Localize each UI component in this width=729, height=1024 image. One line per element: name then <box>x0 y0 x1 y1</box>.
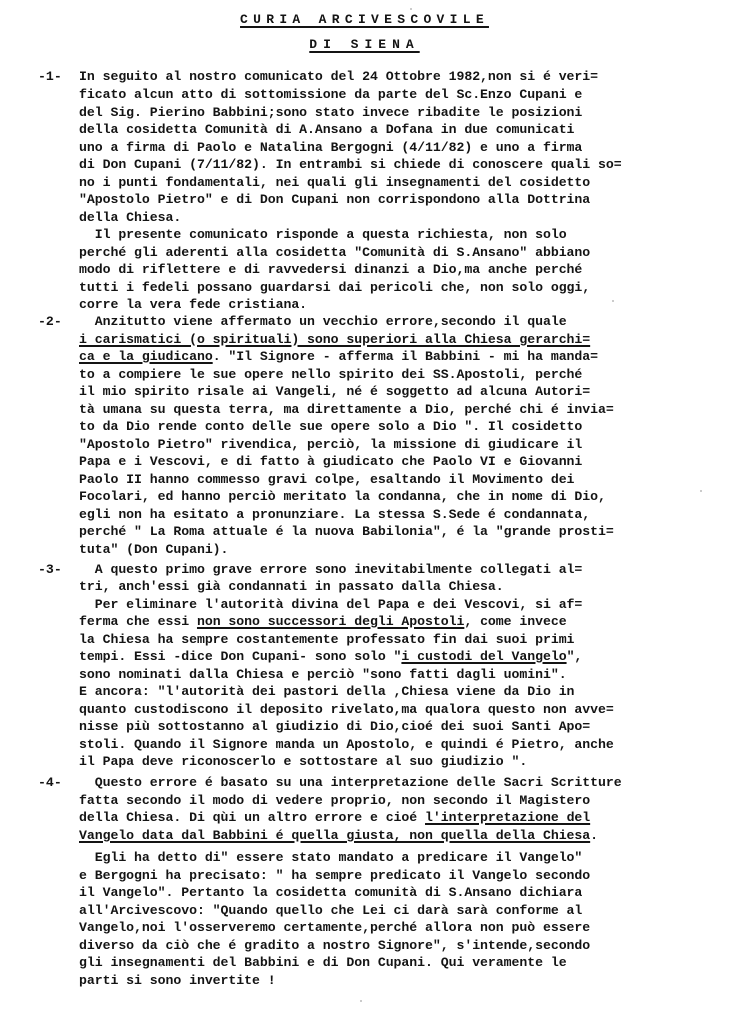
text-line: perché gli aderenti alla cosidetta "Comu… <box>79 244 590 261</box>
text-line: il Papa deve riconoscerlo e sottostare a… <box>79 753 527 770</box>
text-line: In seguito al nostro comunicato del 24 O… <box>79 68 598 85</box>
document-page: CURIA ARCIVESCOVILE DI SIENA -1- In segu… <box>0 0 729 1024</box>
underlined-phrase: i custodi del Vangelo <box>401 649 566 664</box>
text-line: E ancora: "l'autorità dei pastori della … <box>79 683 574 700</box>
text-line: del Sig. Pierino Babbini;sono stato inve… <box>79 104 582 121</box>
text-line: "Apostolo Pietro" rivendica, perciò, la … <box>79 436 582 453</box>
scan-speck <box>410 8 412 10</box>
text-line: uno a firma di Paolo e Natalina Bergogni… <box>79 139 582 156</box>
text-line: fatta secondo il modo di vedere proprio,… <box>79 792 590 809</box>
text-line: Questo errore é basato su una interpreta… <box>79 774 622 791</box>
scan-speck <box>160 965 162 967</box>
text-line: all'Arcivescovo: "Quando quello che Lei … <box>79 902 582 919</box>
section-number-3: -3- <box>38 561 62 578</box>
text-rest: . "Il Signore - afferma il Babbini - mi … <box>213 349 598 364</box>
text-line: di Don Cupani (7/11/82). In entrambi si … <box>79 156 622 173</box>
text-line: Vangelo data dal Babbini é quella giusta… <box>79 827 598 844</box>
underlined-phrase: Vangelo data dal Babbini é quella giusta… <box>79 828 590 843</box>
text-line: tuta" (Don Cupani). <box>79 541 228 558</box>
text-line: tempi. Essi -dice Don Cupani- sono solo … <box>79 648 582 665</box>
text-part: tempi. Essi -dice Don Cupani- sono solo … <box>79 649 401 664</box>
header-title-curia: CURIA ARCIVESCOVILE <box>0 12 729 27</box>
underlined-phrase: non sono successori degli Apostoli <box>197 614 464 629</box>
section-number-1: -1- <box>38 68 62 85</box>
text-line: nisse più sottostanno al giudizio di Dio… <box>79 718 590 735</box>
text-part: . <box>590 828 598 843</box>
text-line: egli non ha esitato a pronunziare. La st… <box>79 506 590 523</box>
text-line: corre la vera fede cristiana. <box>79 296 307 313</box>
text-line: diverso da ciò che é gradito a nostro Si… <box>79 937 590 954</box>
text-line: perché " La Roma attuale é la nuova Babi… <box>79 523 614 540</box>
text-line: della cosidetta Comunità di A.Ansano a D… <box>79 121 574 138</box>
text-line: ficato alcun atto di sottomissione da pa… <box>79 86 582 103</box>
text-line: stoli. Quando il Signore manda un Aposto… <box>79 736 614 753</box>
text-line: Papa e i Vescovi, e di fatto à giudicato… <box>79 453 582 470</box>
text-line: modo di riflettere e di ravvedersi dinan… <box>79 261 582 278</box>
text-line: Focolari, ed hanno perciò meritato la co… <box>79 488 606 505</box>
underlined-phrase: l'interpretazione del <box>425 810 590 825</box>
text-line: tà umana su questa terra, ma direttament… <box>79 401 614 418</box>
text-line: il mio spirito risale ai Vangeli, né é s… <box>79 383 590 400</box>
text-line: e Bergogni ha precisato: " ha sempre pre… <box>79 867 590 884</box>
text-line: tri, anch'essi già condannati in passato… <box>79 578 504 595</box>
text-line: to a compiere le sue opere nello spirito… <box>79 366 582 383</box>
text-line: Il presente comunicato risponde a questa… <box>79 226 567 243</box>
text-line: la Chiesa ha sempre costantemente profes… <box>79 631 574 648</box>
text-part: , come invece <box>464 614 566 629</box>
text-line: ca e la giudicano. "Il Signore - afferma… <box>79 348 598 365</box>
underlined-phrase: ca e la giudicano <box>79 349 213 364</box>
text-line: Egli ha detto di" essere stato mandato a… <box>79 849 582 866</box>
text-line: quanto custodiscono il deposito rivelato… <box>79 701 614 718</box>
text-line: ferma che essi non sono successori degli… <box>79 613 567 630</box>
text-line: tutti i fedeli possano guardarsi dai per… <box>79 279 590 296</box>
section-number-2: -2- <box>38 313 62 330</box>
scan-speck <box>360 1000 362 1002</box>
text-line: della Chiesa. Di qùi un altro errore e c… <box>79 809 590 826</box>
text-line: A questo primo grave errore sono inevita… <box>79 561 582 578</box>
scan-speck <box>700 490 702 492</box>
text-line: gli insegnamenti del Babbini e di Don Cu… <box>79 954 567 971</box>
text-line: della Chiesa. <box>79 209 181 226</box>
text-line: sono nominati dalla Chiesa e perciò "son… <box>79 666 567 683</box>
scan-speck <box>612 300 614 302</box>
text-line: Per eliminare l'autorità divina del Papa… <box>79 596 582 613</box>
text-line: "Apostolo Pietro" e di Don Cupani non co… <box>79 191 590 208</box>
text-part: ferma che essi <box>79 614 197 629</box>
section-number-4: -4- <box>38 774 62 791</box>
text-line: il Vangelo". Pertanto la cosidetta comun… <box>79 884 582 901</box>
text-line: to da Dio rende conto delle sue opere so… <box>79 418 582 435</box>
text-line: Paolo II hanno commesso gravi colpe, esa… <box>79 471 574 488</box>
text-line: Anzitutto viene affermato un vecchio err… <box>79 313 567 330</box>
text-part: della Chiesa. Di qùi un altro errore e c… <box>79 810 425 825</box>
header-title-siena: DI SIENA <box>0 37 729 52</box>
text-line: parti si sono invertite ! <box>79 972 276 989</box>
text-line: no i punti fondamentali, nei quali gli i… <box>79 174 590 191</box>
text-line: Vangelo,noi l'osserveremo certamente,per… <box>79 919 590 936</box>
underlined-text-line: i carismatici (o spirituali) sono superi… <box>79 331 590 348</box>
text-part: ", <box>567 649 583 664</box>
